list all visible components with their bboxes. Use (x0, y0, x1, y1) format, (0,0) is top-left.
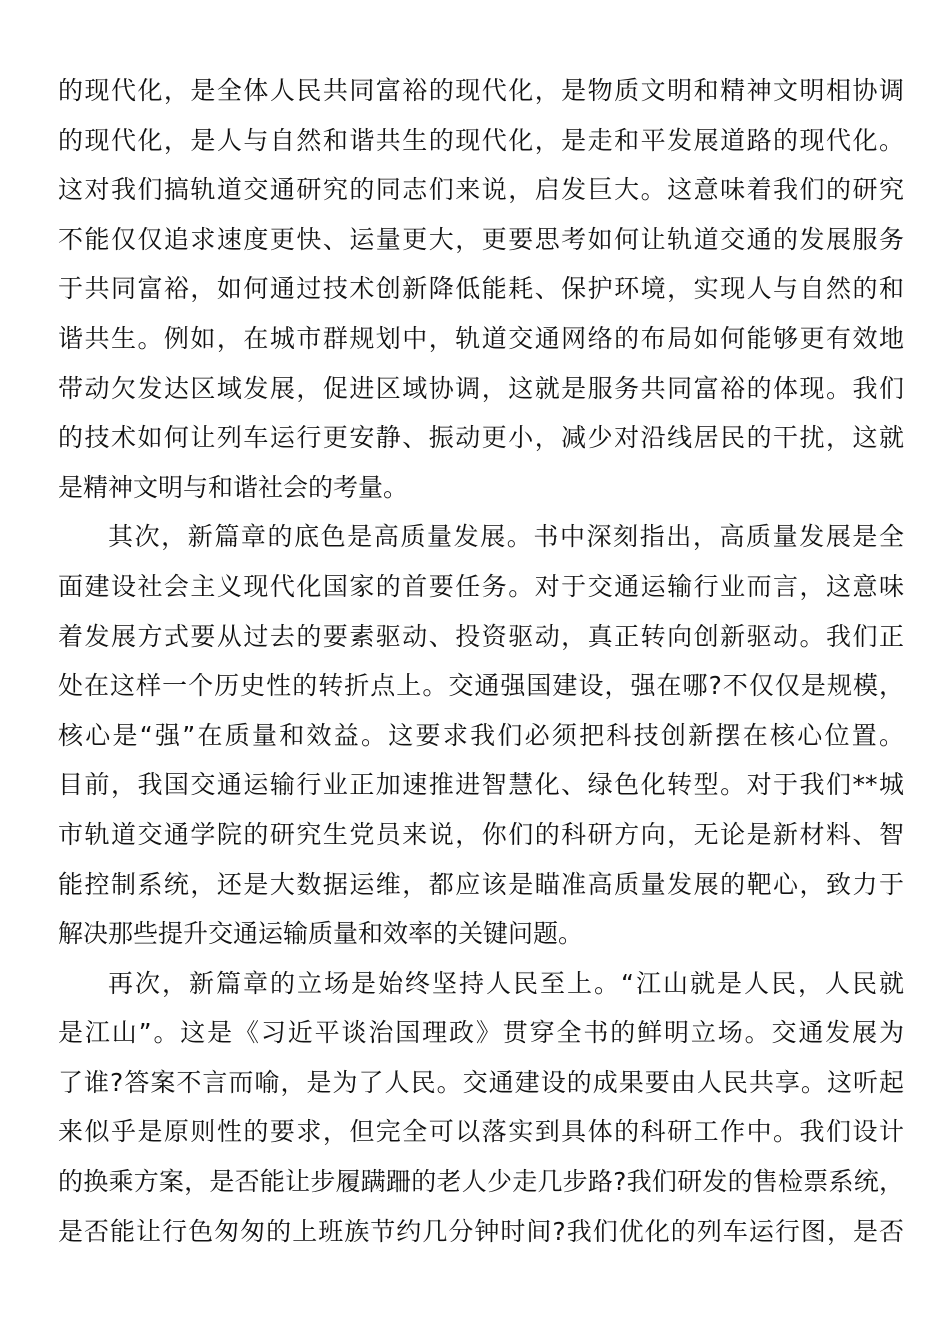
text-line: 的现代化，是全体人民共同富裕的现代化，是物质文明和精神文明相协调 (58, 66, 904, 116)
text-line: 带动欠发达区域发展，促进区域协调，这就是服务共同富裕的体现。我们 (58, 364, 904, 414)
paragraph-start-line: 其次，新篇章的底色是高质量发展。书中深刻指出，高质量发展是全 (58, 512, 904, 562)
text-line: 核心是“强”在质量和效益。这要求我们必须把科技创新摆在核心位置。 (58, 711, 904, 761)
text-line: 目前，我国交通运输行业正加速推进智慧化、绿色化转型。对于我们**城 (58, 760, 904, 810)
text-line: 于共同富裕，如何通过技术创新降低能耗、保护环境，实现人与自然的和 (58, 264, 904, 314)
text-line: 了谁?答案不言而喻，是为了人民。交通建设的成果要由人民共享。这听起 (58, 1058, 904, 1108)
paragraph-start-line: 再次，新篇章的立场是始终坚持人民至上。“江山就是人民，人民就 (58, 959, 904, 1009)
text-line: 面建设社会主义现代化国家的首要任务。对于交通运输行业而言，这意味 (58, 562, 904, 612)
text-line: 来似乎是原则性的要求，但完全可以落实到具体的科研工作中。我们设计 (58, 1107, 904, 1157)
text-line: 这对我们搞轨道交通研究的同志们来说，启发巨大。这意味着我们的研究 (58, 165, 904, 215)
text-line: 能控制系统，还是大数据运维，都应该是瞄准高质量发展的靶心，致力于 (58, 860, 904, 910)
text-line: 谐共生。例如，在城市群规划中，轨道交通网络的布局如何能够更有效地 (58, 314, 904, 364)
text-line: 的现代化，是人与自然和谐共生的现代化，是走和平发展道路的现代化。 (58, 116, 904, 166)
text-line: 是江山”。这是《习近平谈治国理政》贯穿全书的鲜明立场。交通发展为 (58, 1008, 904, 1058)
document-page: 的现代化，是全体人民共同富裕的现代化，是物质文明和精神文明相协调 的现代化，是人… (58, 66, 904, 1256)
text-line: 市轨道交通学院的研究生党员来说，你们的科研方向，无论是新材料、智 (58, 810, 904, 860)
text-line: 的换乘方案，是否能让步履蹒跚的老人少走几步路?我们研发的售检票系统， (58, 1157, 904, 1207)
text-line: 不能仅仅追求速度更快、运量更大，更要思考如何让轨道交通的发展服务 (58, 215, 904, 265)
text-line: 着发展方式要从过去的要素驱动、投资驱动，真正转向创新驱动。我们正 (58, 612, 904, 662)
text-line: 处在这样一个历史性的转折点上。交通强国建设，强在哪?不仅仅是规模， (58, 661, 904, 711)
text-line: 是否能让行色匆匆的上班族节约几分钟时间?我们优化的列车运行图，是否 (58, 1207, 904, 1257)
paragraph-end-line: 是精神文明与和谐社会的考量。 (58, 463, 904, 513)
paragraph-end-line: 解决那些提升交通运输质量和效率的关键问题。 (58, 909, 904, 959)
text-line: 的技术如何让列车运行更安静、振动更小，减少对沿线居民的干扰，这就 (58, 413, 904, 463)
